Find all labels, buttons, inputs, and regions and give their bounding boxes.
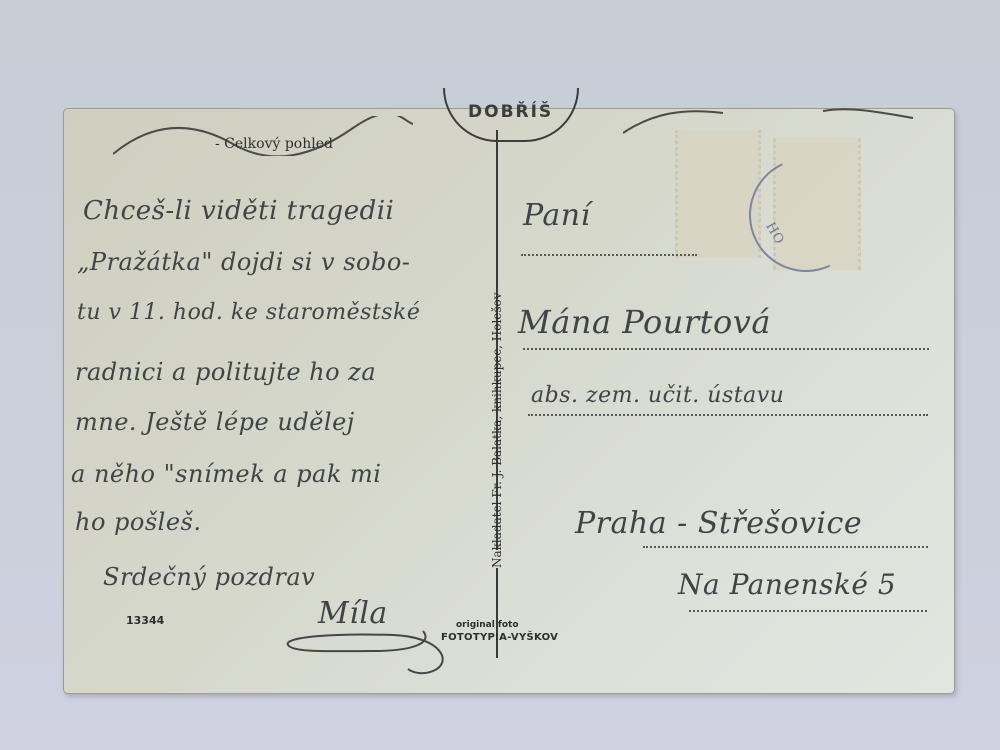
center-divider-lower bbox=[496, 568, 498, 658]
address-line-4 bbox=[643, 546, 928, 548]
message-closing: Srdečný pozdrav bbox=[103, 563, 315, 591]
stamp-residue-left bbox=[675, 130, 761, 258]
message-line-4: radnici a politujte ho za bbox=[75, 358, 376, 386]
signature-flourish-icon bbox=[273, 623, 453, 678]
message-line-5: mne. Ještě lépe udělej bbox=[75, 408, 355, 436]
cancellation-wave-right-icon bbox=[623, 108, 923, 138]
address-line-1 bbox=[521, 254, 697, 256]
address-title: abs. zem. učit. ústavu bbox=[531, 383, 784, 408]
photo-credit-line2: FOTOTYPIA-VYŠKOV bbox=[441, 632, 558, 643]
postcard-back: DOBŘÍŠ - Celkový pohled Nakladatel Fr. J… bbox=[63, 108, 955, 694]
address-name: Mána Pourtová bbox=[518, 303, 771, 341]
message-line-7: ho pošleš. bbox=[75, 508, 202, 536]
address-line-3 bbox=[528, 414, 928, 416]
postmark-text: DOBŘÍŠ bbox=[468, 102, 553, 122]
address-line-2 bbox=[523, 348, 929, 350]
message-line-6: a něho "snímek a pak mi bbox=[71, 460, 381, 488]
address-salutation: Paní bbox=[523, 198, 591, 233]
address-line-5 bbox=[689, 610, 927, 612]
message-line-1: Chceš-li viděti tragedii bbox=[83, 196, 394, 226]
publisher-imprint: Nakladatel Fr. J. Balatka, knihkupec, Ho… bbox=[490, 292, 504, 568]
message-line-2: „Pražátka" dojdi si v sobo- bbox=[77, 248, 410, 276]
address-street: Na Panenské 5 bbox=[678, 568, 896, 601]
address-city: Praha - Střešovice bbox=[575, 506, 862, 541]
photo-credit-line1: original foto bbox=[456, 620, 519, 630]
caption: - Celkový pohled bbox=[215, 136, 333, 152]
message-line-3: tu v 11. hod. ke staroměstské bbox=[77, 300, 420, 325]
card-number: 13344 bbox=[126, 614, 164, 627]
